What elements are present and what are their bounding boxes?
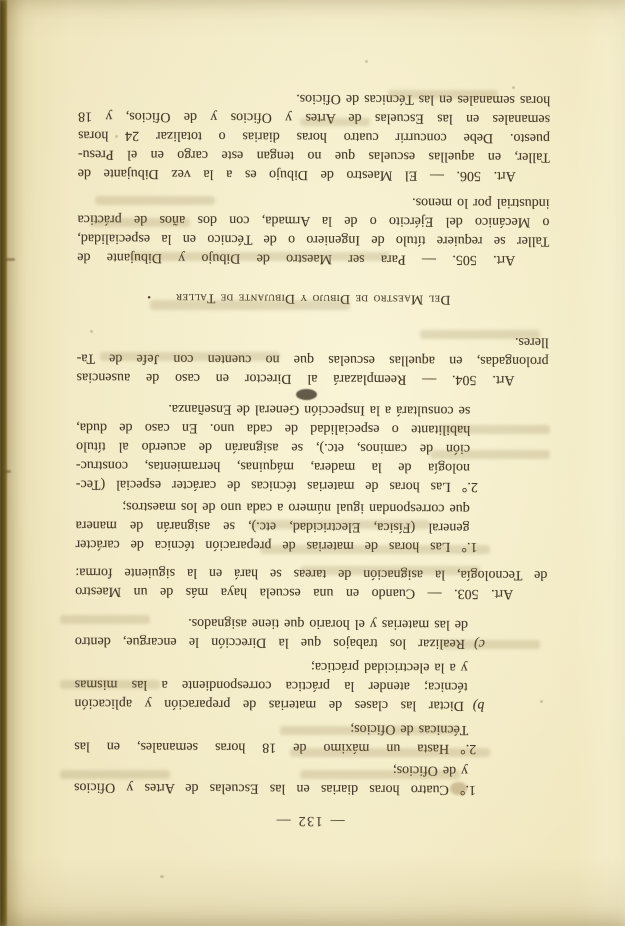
scanned-book-page: — 132 —1.°Cuatro horas diarias en las Es… xyxy=(0,0,625,926)
item-label: b) xyxy=(473,696,485,715)
text-line: Art. 506. — El Maestro de Dibujo es a la… xyxy=(78,164,550,186)
numbered-item: 2.°Las horas de materias técnicas de car… xyxy=(76,399,479,496)
item-label: c) xyxy=(474,634,485,653)
section-heading-text: Del Maestro de Dibujo y Dibujante de Tal… xyxy=(176,291,451,308)
article-paragraph: Art. 503. — Cuando en una escuela haya m… xyxy=(75,563,547,604)
rotated-page-content: — 132 —1.°Cuatro horas diarias en las Es… xyxy=(0,0,625,926)
text-line: 2.°Las horas de materias técnicas de car… xyxy=(76,475,478,496)
text-line: Taller, en aquellas escuelas que no teng… xyxy=(78,145,550,167)
text-line: general (Física, Electricidad, etc.), se… xyxy=(76,516,478,537)
text-line: prolongadas, en aquellas escuelas que no… xyxy=(77,349,549,371)
text-line: y a la electricidad práctica; xyxy=(75,656,485,678)
text-line: ción de caminos, etc.), se asignarán de … xyxy=(76,437,478,458)
text-line: se consultará a la Inspección General de… xyxy=(76,399,478,420)
text-run: Cuatro horas diarias en las Escuelas de … xyxy=(74,780,449,797)
text-line: c)Realizar los trabajos que la Dirección… xyxy=(75,632,485,654)
text-line: 2.°Hasta un máximo de 18 horas semanales… xyxy=(74,737,476,758)
text-run: Hasta un máximo de 18 horas semanales, e… xyxy=(74,739,449,756)
text-line: habilitante o especialidad de cada uno. … xyxy=(76,418,478,439)
text-line: Art. 504. — Reemplazará al Director en c… xyxy=(76,368,548,390)
lettered-item: c)Realizar los trabajos que la Dirección… xyxy=(75,613,485,654)
text-run: Realizar los trabajos que la Dirección l… xyxy=(75,634,465,651)
text-line: de las materias y el horario que tiene a… xyxy=(75,613,485,635)
text-line: 1.°Las horas de materias de preparación … xyxy=(75,535,477,556)
printers-dot-mark: • xyxy=(147,287,151,306)
text-line: puesto. Debe concurrir cuatro horas diar… xyxy=(78,126,550,148)
text-line: y de Oficios; xyxy=(74,759,476,780)
book-gutter-edge xyxy=(0,0,7,926)
text-column: — 132 —1.°Cuatro horas diarias en las Es… xyxy=(74,88,551,832)
item-label: 1.° xyxy=(461,537,477,556)
text-line: o Mecánico del Ejército o de la Armada, … xyxy=(77,210,549,232)
item-label: 2.° xyxy=(460,739,476,758)
text-line: semanales en las Escuelas de Artes y Ofi… xyxy=(78,107,550,129)
page-number: — 132 — xyxy=(74,810,546,832)
text-run: Las horas de materias de preparación téc… xyxy=(75,537,450,554)
text-line: Taller se requiere título de Ingeniero o… xyxy=(77,229,549,251)
article-paragraph: Art. 504. — Reemplazará al Director en c… xyxy=(76,330,548,390)
text-run: Dictar las clases de materias de prepara… xyxy=(74,696,463,713)
section-heading: Del Maestro de Dibujo y Dibujante de Tal… xyxy=(77,289,549,311)
text-line: que correspondan igual número a cada uno… xyxy=(76,497,478,518)
article-paragraph: Art. 505. — Para ser Maestro de Dibujo y… xyxy=(77,191,549,270)
article-paragraph: Art. 506. — El Maestro de Dibujo es a la… xyxy=(78,88,551,186)
item-label: 2.° xyxy=(462,477,478,496)
text-line: Art. 503. — Cuando en una escuela haya m… xyxy=(75,582,547,604)
lettered-item: b)Dictar las clases de materias de prepa… xyxy=(74,656,484,716)
text-line: nología de la madera, máquinas, herramie… xyxy=(76,456,478,477)
text-run: Las horas de materias técnicas de caráct… xyxy=(76,477,451,494)
item-label: 1.° xyxy=(460,780,476,799)
text-line: Art. 505. — Para ser Maestro de Dibujo y… xyxy=(77,248,549,270)
text-line: técnica; atender la práctica correspondi… xyxy=(75,675,485,697)
numbered-item: 1.°Las horas de materias de preparación … xyxy=(75,497,477,556)
text-line: de Tecnología, la asignación de tareas s… xyxy=(75,563,547,585)
numbered-item: 2.°Hasta un máximo de 18 horas semanales… xyxy=(74,718,476,758)
numbered-item: 1.°Cuatro horas diarias en las Escuelas … xyxy=(74,759,476,799)
text-line: Técnicas de Oficios; xyxy=(74,718,476,739)
text-line: b)Dictar las clases de materias de prepa… xyxy=(74,694,484,716)
text-line: 1.°Cuatro horas diarias en las Escuelas … xyxy=(74,778,476,799)
